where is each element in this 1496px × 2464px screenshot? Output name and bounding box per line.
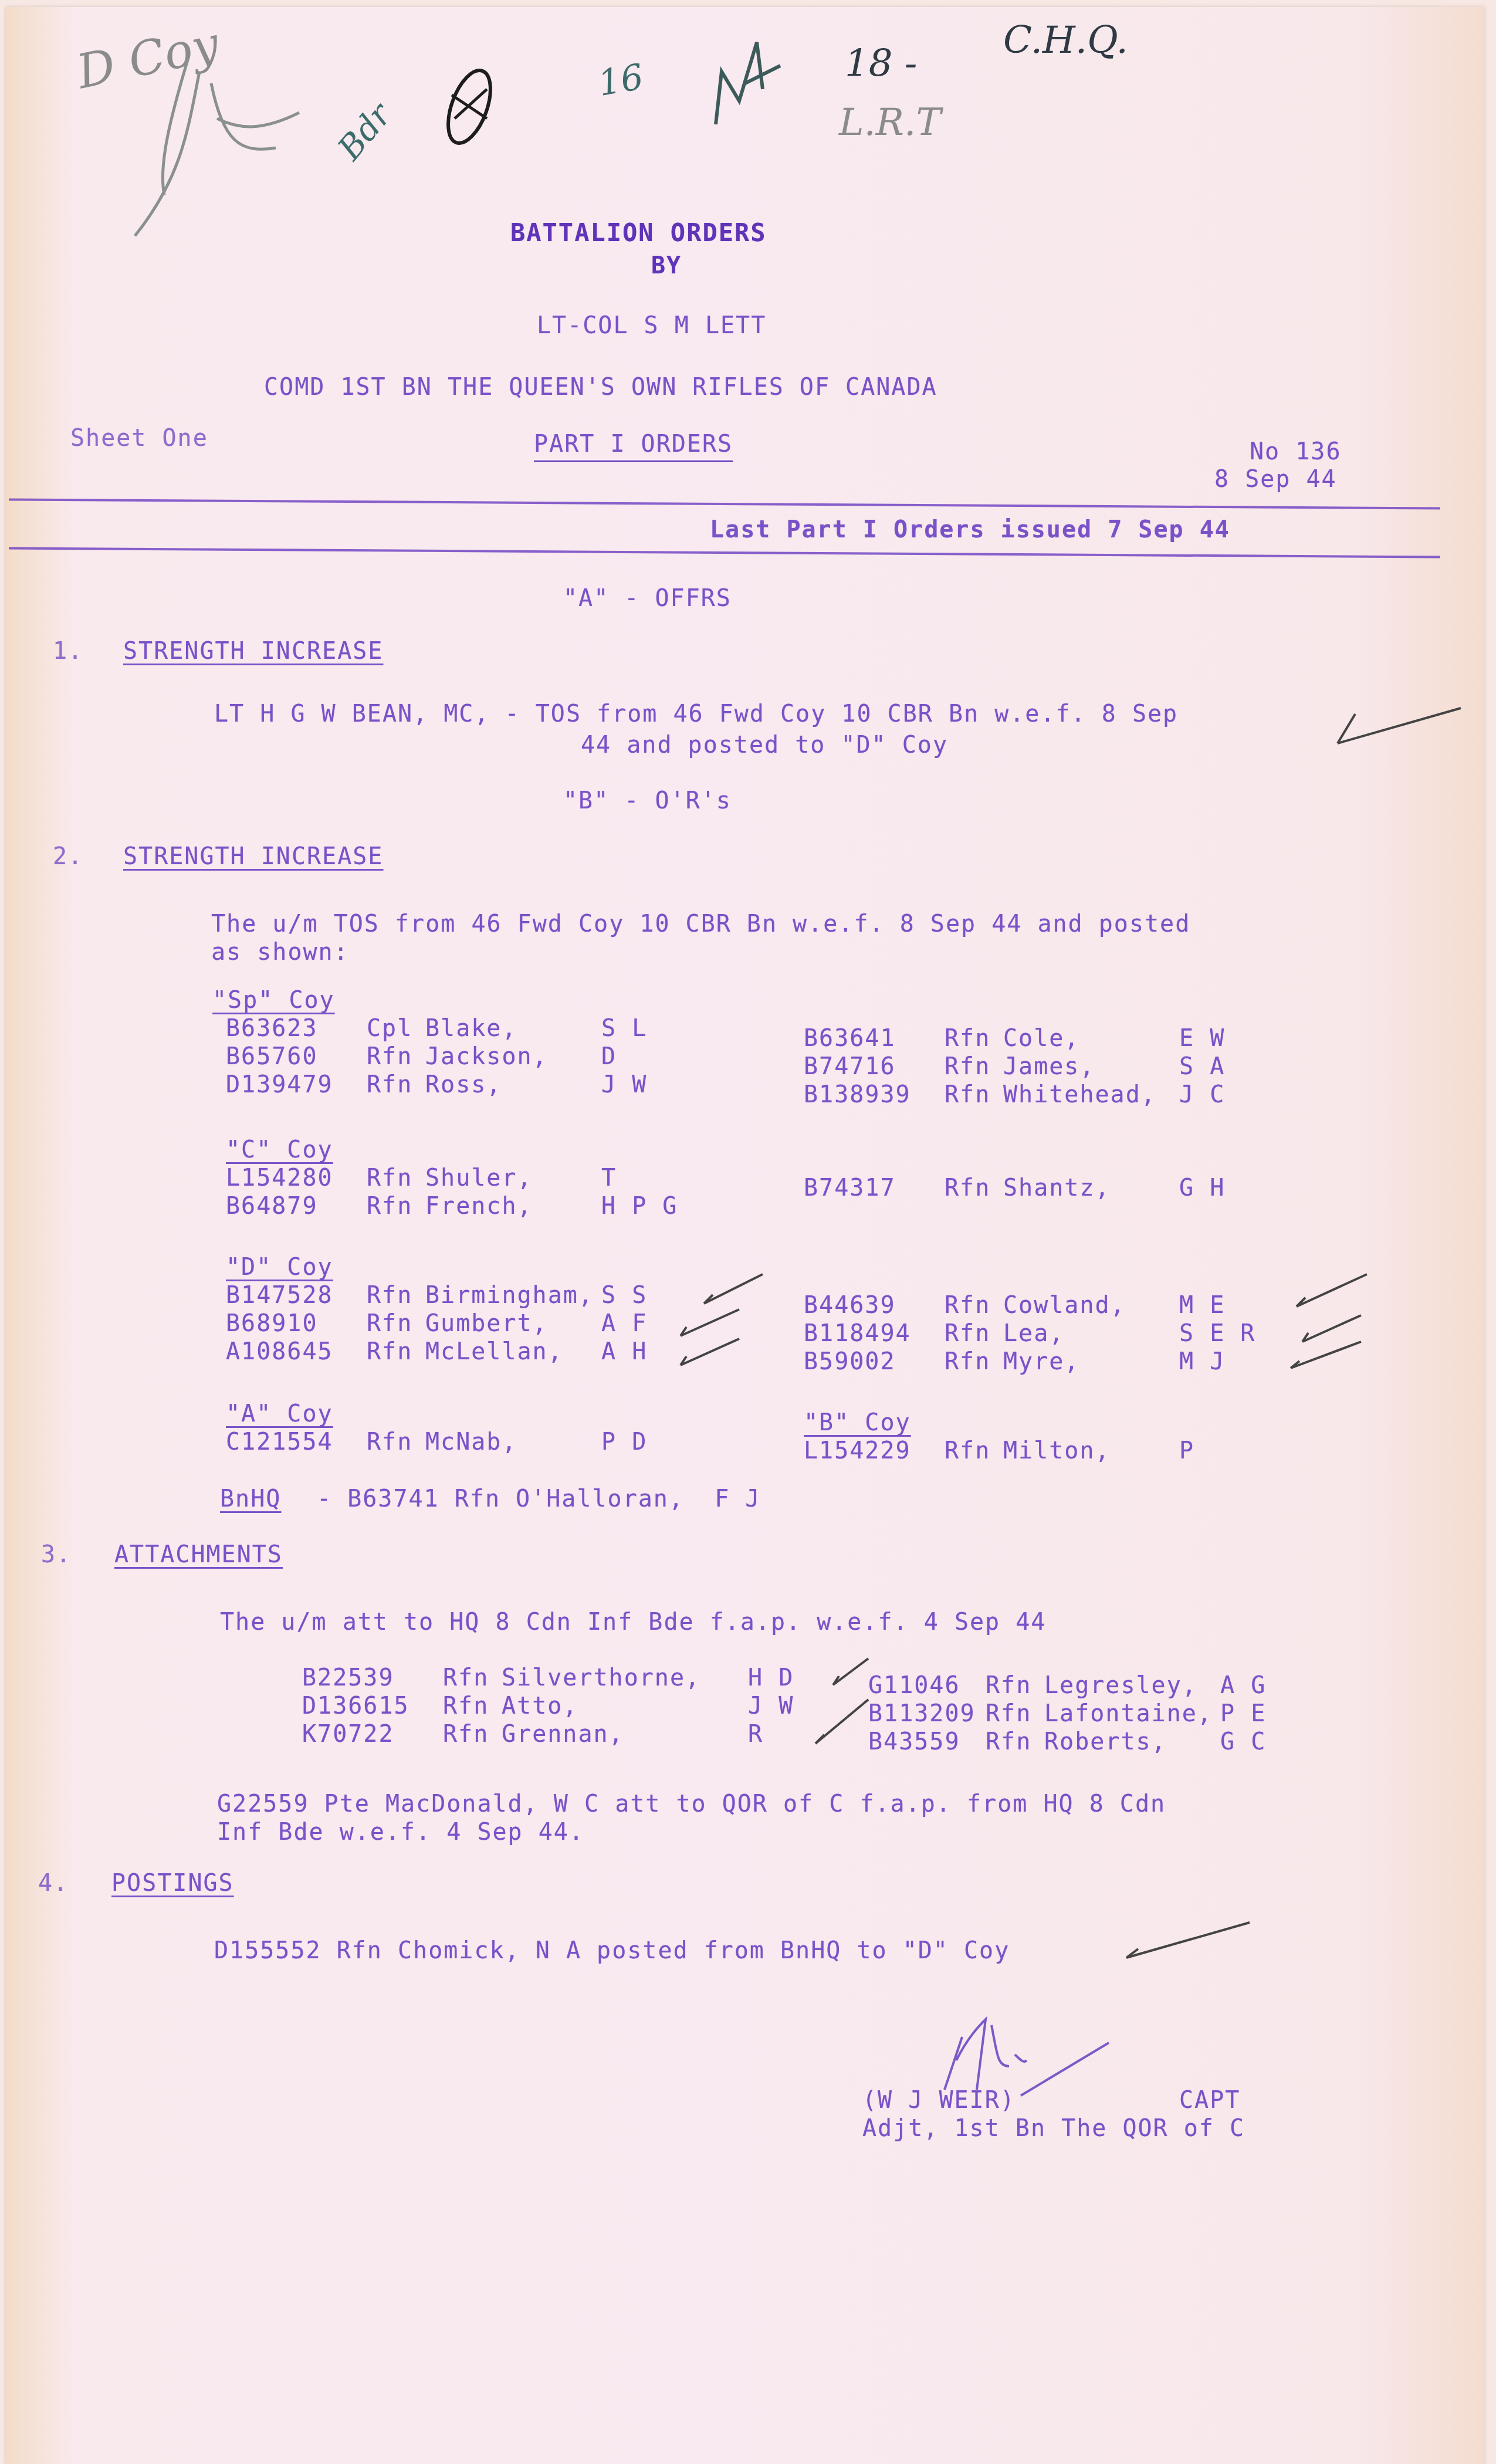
section-1-title: STRENGTH INCREASE	[123, 638, 383, 665]
personnel-row: L154280RfnShuler,T	[226, 1165, 617, 1192]
personnel-row: D139479RfnRoss,J W	[226, 1071, 647, 1098]
personnel-row: B65760RfnJackson,D	[226, 1043, 617, 1070]
attachment-row: G11046RfnLegresley,A G	[868, 1672, 1266, 1699]
coy-heading-b: "B" Coy	[804, 1409, 911, 1436]
last-orders-issued: Last Part I Orders issued 7 Sep 44	[710, 516, 1230, 543]
checkmark-icon	[1291, 1271, 1373, 1312]
checkmark-icon	[810, 1697, 874, 1749]
attachment-row: K70722RfnGrennan,R	[302, 1721, 763, 1748]
personnel-row: B68910RfnGumbert,A F	[226, 1310, 647, 1337]
section-3-note-1: G22559 Pte MacDonald, W C att to QOR of …	[217, 1791, 1166, 1817]
bnhq-entry: - B63741 Rfn O'Halloran, F J	[317, 1485, 760, 1512]
attachment-row: D136615RfnAtto,J W	[302, 1693, 794, 1720]
bnhq-label: BnHQ	[220, 1485, 281, 1512]
offrs-heading: "A" - OFFRS	[563, 585, 732, 612]
signatory-rank: CAPT	[1179, 2087, 1240, 2114]
section-3-intro: The u/m att to HQ 8 Cdn Inf Bde f.a.p. w…	[220, 1609, 1046, 1636]
checkmark-icon	[1285, 1339, 1367, 1374]
coy-heading-c: "C" Coy	[226, 1136, 333, 1163]
attachment-row: B43559RfnRoberts,G C	[868, 1728, 1266, 1755]
order-date: 8 Sep 44	[1214, 466, 1337, 493]
part-orders-heading: PART I ORDERS	[534, 431, 733, 462]
ink-initials-scrawl-icon	[704, 31, 786, 130]
personnel-row: C121554RfnMcNab,P D	[226, 1429, 647, 1456]
document-title: BATTALION ORDERS	[510, 218, 767, 247]
personnel-row: B59002RfnMyre,M J	[804, 1348, 1225, 1375]
checkmark-icon	[1332, 696, 1473, 749]
section-1-line-1: LT H G W BEAN, MC, - TOS from 46 Fwd Coy…	[214, 700, 1178, 727]
attachment-row: B22539RfnSilverthorne,H D	[302, 1664, 794, 1691]
section-1-number: 1.	[53, 638, 83, 665]
section-2-intro-2: as shown:	[211, 939, 349, 966]
top-rule	[9, 499, 1440, 510]
annotation-chq: C.H.Q.	[1003, 19, 1128, 62]
coy-heading-a: "A" Coy	[226, 1400, 333, 1427]
checkmark-icon	[1121, 1917, 1255, 1964]
personnel-row: A108645RfnMcLellan,A H	[226, 1338, 647, 1365]
sheet-label: Sheet One	[70, 425, 208, 452]
document-by: BY	[651, 252, 682, 279]
personnel-row: B64879RfnFrench,H P G	[226, 1193, 678, 1220]
personnel-row: B118494RfnLea,S E R	[804, 1320, 1255, 1347]
checkmark-icon	[675, 1336, 745, 1371]
personnel-row: B147528RfnBirmingham,S S	[226, 1282, 647, 1309]
bottom-rule	[9, 547, 1440, 559]
section-4-title: POSTINGS	[111, 1870, 234, 1897]
attachment-row: B113209RfnLafontaine,P E	[868, 1700, 1266, 1727]
section-3-number: 3.	[41, 1541, 72, 1568]
section-4-number: 4.	[38, 1870, 69, 1897]
signatory-name: (W J WEIR)	[862, 2087, 1016, 2114]
coy-heading-sp: "Sp" Coy	[212, 987, 335, 1014]
pencil-scrawl-icon	[123, 48, 311, 248]
section-4-line: D155552 Rfn Chomick, N A posted from BnH…	[214, 1937, 1010, 1964]
annotation-lrt: L.R.T	[839, 101, 941, 144]
section-2-intro-1: The u/m TOS from 46 Fwd Coy 10 CBR Bn w.…	[211, 911, 1190, 937]
checkmark-icon	[827, 1656, 874, 1691]
personnel-row: B63623CplBlake,S L	[226, 1015, 647, 1042]
document-page: D Coy Bdr 16 18 - C.H.Q. L.R.T BATTALION…	[6, 7, 1484, 2464]
order-number: No 136	[1250, 438, 1342, 465]
section-2-number: 2.	[53, 843, 83, 870]
annotation-number-18: 18 -	[845, 42, 917, 86]
ors-heading: "B" - O'R's	[563, 787, 732, 814]
personnel-row: L154229RfnMilton,P	[804, 1437, 1194, 1464]
personnel-row: B138939RfnWhitehead,J C	[804, 1081, 1225, 1108]
signatory-appointment: Adjt, 1st Bn The QOR of C	[862, 2115, 1245, 2142]
section-3-title: ATTACHMENTS	[114, 1541, 283, 1568]
ink-scribble-icon	[440, 60, 499, 154]
annotation-number-16: 16	[595, 56, 647, 104]
section-2-title: STRENGTH INCREASE	[123, 843, 383, 870]
annotation-ink-initials: Bdr	[331, 96, 400, 167]
personnel-row: B44639RfnCowland,M E	[804, 1292, 1225, 1319]
personnel-row: B74317RfnShantz,G H	[804, 1175, 1225, 1201]
unit-name: COMD 1ST BN THE QUEEN'S OWN RIFLES OF CA…	[264, 374, 937, 401]
personnel-row: B63641RfnCole,E W	[804, 1025, 1225, 1052]
commander-name: LT-COL S M LETT	[537, 312, 766, 339]
section-3-note-2: Inf Bde w.e.f. 4 Sep 44.	[217, 1819, 584, 1846]
personnel-row: B74716RfnJames,S A	[804, 1053, 1225, 1080]
coy-heading-d: "D" Coy	[226, 1254, 333, 1281]
section-1-line-2: 44 and posted to "D" Coy	[581, 732, 948, 759]
